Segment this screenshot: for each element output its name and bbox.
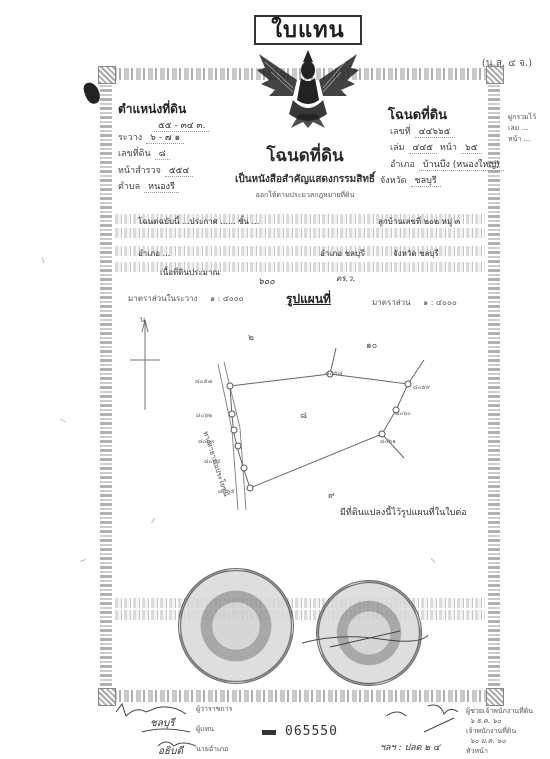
marker-label: ๘๐๖๓ xyxy=(198,436,214,446)
scan-noise xyxy=(80,559,86,562)
signer-title: ผู้ว่าราชการ xyxy=(196,704,232,715)
subdistrict-field: ตำบลหนองรี xyxy=(118,179,179,193)
copy-label: ใบแทน xyxy=(254,15,362,45)
deed-number-field: เลขที่๔๔๖๖๕ xyxy=(390,124,455,138)
marker-label: ๘๐๖๔ xyxy=(204,456,221,466)
owner-row: โฉนดฉบับนี้ ...ประกาศ ...... ชั้น ... xyxy=(138,215,259,228)
marker-label: ๘๐๕๙ xyxy=(413,382,430,392)
signer-title: หัวหน้า xyxy=(466,746,488,757)
field-value: ๖๕ xyxy=(461,143,482,154)
scan-noise xyxy=(60,419,66,423)
north-label: น xyxy=(140,313,145,326)
field-label: เลขที่ xyxy=(390,127,411,137)
document-subtitle: เป็นหนังสือสำคัญแสดงกรรมสิทธิ์ xyxy=(180,172,430,187)
field-label: หน้าสำรวจ xyxy=(118,166,161,176)
area-value: ๖๐๐ xyxy=(258,274,275,288)
volume-page-field: เล่ม๔๔๕ หน้า๖๕ xyxy=(390,140,482,154)
sheet-field: ระวาง๖ - ๗ ๑ xyxy=(118,130,184,144)
right-margin-note: ฯลฯ : ปลด ๒ ๔ xyxy=(380,740,440,754)
frame-border-bottom xyxy=(100,690,500,702)
scale-label: มาตราส่วน xyxy=(372,298,411,307)
scan-noise xyxy=(42,258,45,264)
owner-province: จังหวัด ชลบุรี xyxy=(393,247,439,260)
boundary-markers xyxy=(227,371,411,491)
frame-corner-ornament xyxy=(486,66,504,84)
location-heading: ตำแหน่งที่ดิน xyxy=(118,100,186,119)
security-band xyxy=(115,610,485,620)
side-note: ผูกรวมไว้ เล่ม ... หน้า ... xyxy=(508,112,536,145)
side-note-line: ผูกรวมไว้ xyxy=(508,112,536,123)
owner-district: อำเภอ ชลบุรี xyxy=(320,247,364,260)
side-note-line: หน้า ... xyxy=(508,134,536,145)
neighbor-label: ๑๐ xyxy=(366,338,377,352)
field-label: หน้า xyxy=(440,143,457,153)
marker-label: ๘๐๖๒ xyxy=(196,410,212,420)
signer-name: ชลบุรี xyxy=(150,716,175,731)
document-title: โฉนดที่ดิน xyxy=(230,142,380,169)
map-continuation-note: มีที่ดินแปลงนี้ไว้รูปแผนที่ในใบต่อ xyxy=(340,505,467,519)
signature-over-seal xyxy=(300,625,430,655)
map-title: รูปแผนที่ xyxy=(286,290,331,309)
field-label: เลขที่ดิน xyxy=(118,149,151,159)
signer-title: ผู้แทน xyxy=(196,724,214,735)
area-unit: ตร.ว. xyxy=(336,272,355,285)
field-value: บ้านบึง (หนองใหญ่) xyxy=(419,160,504,171)
marker-label: ๘๐๕๘ xyxy=(325,368,342,378)
scale-left: มาตราส่วนในระวาง ๑ : ๔๐๐๐ xyxy=(128,292,244,305)
garuda-emblem-icon xyxy=(253,48,363,130)
serial-mark xyxy=(262,730,276,735)
scale-value: ๑ : ๔๐๐๐ xyxy=(210,294,244,303)
marker-label: ๘๐๖๐ xyxy=(395,408,411,418)
scan-noise xyxy=(431,558,436,563)
neighbor-label: ๒ xyxy=(248,330,254,344)
frame-corner-ornament xyxy=(486,688,504,706)
marker-label: ๘๐๖๕ xyxy=(218,486,235,496)
district-field: อำเภอบ้านบึง (หนองใหญ่) xyxy=(390,157,504,171)
field-label: ตำบล xyxy=(118,182,140,192)
marker-label: ๘๐๕๗ xyxy=(195,376,212,386)
signer-name: อธิบดี xyxy=(158,744,183,759)
owner-district-left: อำเภอ ... xyxy=(138,247,170,260)
field-value: ๔๔๖๖๕ xyxy=(415,127,455,138)
field-value: หนองรี xyxy=(144,182,179,193)
field-value: ๖ - ๗ ๑ xyxy=(146,133,184,144)
area-label: เนื้อที่ดินประมาณ xyxy=(160,266,220,279)
scale-value: ๑ : ๔๐๐๐ xyxy=(423,298,457,307)
scale-label: มาตราส่วนในระวาง xyxy=(128,294,197,303)
serial-number: 065550 xyxy=(285,724,338,739)
deed-heading: โฉนดที่ดิน xyxy=(388,104,447,125)
document-issuer: ออกให้ตามประมวลกฎหมายที่ดิน xyxy=(200,190,410,201)
north-arrow-icon xyxy=(130,320,160,410)
official-seal-icon xyxy=(178,568,294,684)
field-label: อำเภอ xyxy=(390,160,415,170)
field-value: ๔๔๕ xyxy=(409,143,437,154)
field-label: ระวาง xyxy=(118,133,142,143)
signer-title: นายอำเภอ xyxy=(196,744,228,755)
scale-right: มาตราส่วน ๑ : ๔๐๐๐ xyxy=(372,296,457,309)
side-note-line: เล่ม ... xyxy=(508,123,536,134)
land-number-field: เลขที่ดิน๘ xyxy=(118,146,170,160)
field-value: ๘ xyxy=(155,149,170,160)
owner-address: ลูกบ้านเลขที่ ๒๐๒ หมู่ ๓ xyxy=(378,215,460,228)
security-band xyxy=(115,228,485,238)
frame-corner-ornament xyxy=(98,66,116,84)
field-label: เล่ม xyxy=(390,143,405,153)
marker-label: ๘๐๖๑ xyxy=(380,436,396,446)
neighbor-label: ๙ xyxy=(328,488,335,502)
plot-label: ๘ xyxy=(300,408,307,422)
security-band xyxy=(115,598,485,608)
